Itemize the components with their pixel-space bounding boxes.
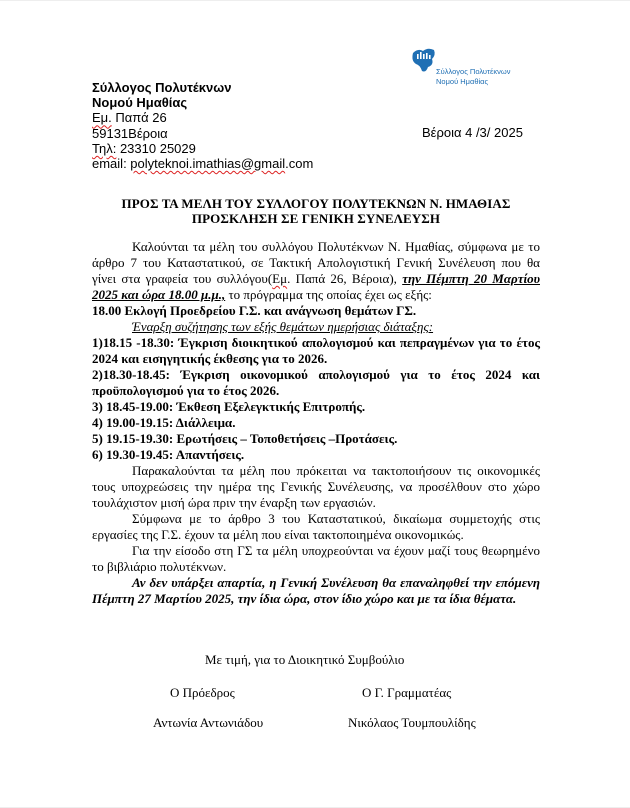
logo-text-line1: Σύλλογος Πολυτέκνων (436, 67, 510, 76)
secretary-name: Νικόλαος Τουμπουλίδης (348, 715, 476, 731)
letter-body: Καλούνται τα μέλη του συλλόγου Πολυτέκνω… (92, 239, 540, 607)
agenda-item: 3) 18.45-19.00: Έκθεση Εξελεγκτικής Επιτ… (92, 399, 540, 415)
agenda-opening: 18.00 Εκλογή Προεδρείου Γ.Σ. και ανάγνωσ… (92, 303, 540, 319)
agenda-subheading-text: Έναρξη συζήτησης των εξής θεμάτων ημερήσ… (132, 319, 433, 334)
heading-line2: ΠΡΟΣΚΛΗΣΗ ΣΕ ΓΕΝΙΚΗ ΣΥΝΕΛΕΥΣΗ (92, 211, 540, 227)
entry-paragraph: Για την είσοδο στη ΓΣ τα μέλη υποχρεούντ… (92, 543, 540, 575)
eligibility-paragraph: Σύμφωνα με το άρθρο 3 του Καταστατικού, … (92, 511, 540, 543)
president-name: Αντωνία Αντωνιάδου (153, 715, 263, 731)
phone-prefix: Τηλ: (92, 141, 116, 156)
agenda-item: 5) 19.15-19.30: Ερωτήσεις – Τοποθετήσεις… (92, 431, 540, 447)
agenda-item: 6) 19.30-19.45: Απαντήσεις. (92, 447, 540, 463)
sender-email: email: polyteknoi.imathias@gmail.com (92, 156, 313, 171)
president-title: Ο Πρόεδρος (170, 685, 235, 701)
sender-name-line2: Νομού Ημαθίας (92, 95, 313, 110)
heading-line1: ΠΡΟΣ ΤΑ ΜΕΛΗ ΤΟΥ ΣΥΛΛΟΓΟΥ ΠΟΛΥΤΕΚΝΩΝ Ν. … (92, 196, 540, 212)
agenda-item: 2)18.30-18.45: Έγκριση οικονομικού απολο… (92, 367, 540, 399)
letter-date: Βέροια 4 /3/ 2025 (422, 125, 523, 140)
email-label: email: (92, 156, 130, 171)
sender-postal-city: 59131Βέροια (92, 126, 313, 141)
association-logo-icon (410, 47, 436, 77)
sender-name-line1: Σύλλογος Πολυτέκνων (92, 80, 313, 95)
street-rest: Παπά 26 (112, 110, 167, 125)
logo-text-line2: Νομού Ημαθίας (436, 77, 488, 86)
quorum-paragraph: Αν δεν υπάρξει απαρτία, η Γενική Συνέλευ… (92, 575, 540, 607)
sender-phone: Τηλ: 23310 25029 (92, 141, 313, 156)
closing-line: Με τιμή, για το Διοικητικό Συμβούλιο (205, 652, 404, 668)
intro-paragraph: Καλούνται τα μέλη του συλλόγου Πολυτέκνω… (92, 239, 540, 303)
sender-block: Σύλλογος Πολυτέκνων Νομού Ημαθίας Εμ. Πα… (92, 80, 313, 171)
street-prefix: Εμ. (92, 110, 112, 125)
secretary-title: Ο Γ. Γραμματέας (362, 685, 451, 701)
intro-address-rest: . Παπά 26, Βέροια), (287, 271, 402, 286)
phone-number: 23310 25029 (116, 141, 196, 156)
dues-paragraph: Παρακαλούνται τα μέλη που πρόκειται να τ… (92, 463, 540, 511)
email-suffix: .com (285, 156, 313, 171)
sender-street: Εμ. Παπά 26 (92, 110, 313, 125)
intro-address-prefix: Εμ (272, 271, 287, 286)
agenda-item: 4) 19.00-19.15: Διάλλειμα. (92, 415, 540, 431)
intro-text-end: το πρόγραμμα της οποίας έχει ως εξής: (225, 287, 432, 302)
association-logo: Σύλλογος Πολυτέκνων Νομού Ημαθίας (410, 47, 550, 87)
agenda-item: 1)18.15 -18.30: Έγκριση διοικητικού απολ… (92, 335, 540, 367)
agenda-subheading: Έναρξη συζήτησης των εξής θεμάτων ημερήσ… (92, 319, 540, 335)
document-page: Σύλλογος Πολυτέκνων Νομού Ημαθίας Σύλλογ… (0, 0, 630, 808)
email-value: polyteknoi.imathias@gmail (130, 156, 285, 171)
